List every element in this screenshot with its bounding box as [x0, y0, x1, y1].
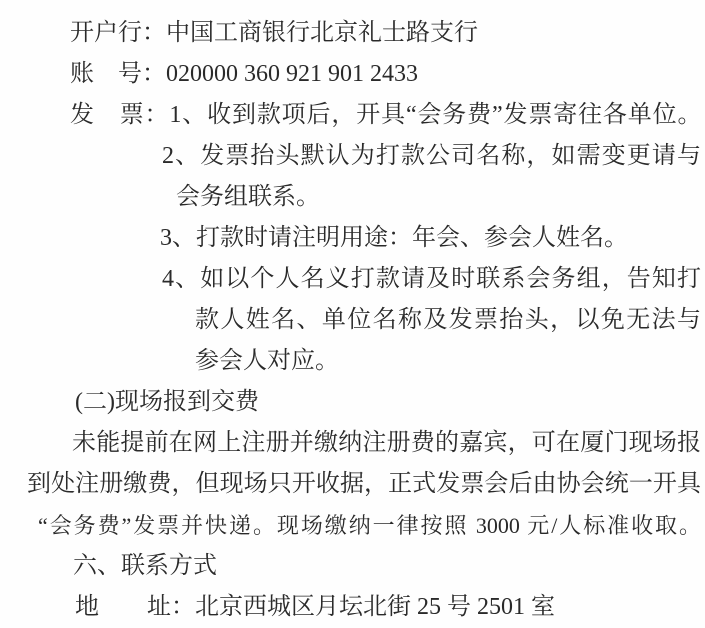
line-account-number: 账 号：020000 360 921 901 2433 [70, 54, 705, 95]
line-onsite-para-2: 到处注册缴费，但现场只开收据，正式发票会后由协会统一开具 [27, 464, 701, 505]
line-contact-section-heading: 六、联系方式 [73, 546, 705, 587]
line-bank-branch: 开户行：中国工商银行北京礼士路支行 [70, 13, 705, 54]
line-invoice-item-4-cont-2: 参会人对应。 [195, 341, 705, 382]
line-invoice-item-2: 2、发票抬头默认为打款公司名称，如需变更请与 [162, 136, 701, 177]
line-invoice-item-2-cont: 会务组联系。 [176, 177, 705, 218]
scanned-document-page: 开户行：中国工商银行北京礼士路支行 账 号：020000 360 921 901… [0, 0, 705, 628]
line-invoice-item-4-cont-1: 款人姓名、单位名称及发票抬头，以免无法与 [195, 300, 701, 341]
line-onsite-para-3: “会务费”发票并快递。现场缴纳一律按照 3000 元/人标准收取。 [38, 505, 701, 546]
line-section-onsite-heading: (二)现场报到交费 [75, 382, 705, 423]
line-invoice-item-1: 发 票：1、收到款项后，开具“会务费”发票寄往各单位。 [70, 95, 701, 136]
line-contact-address: 地 址：北京西城区月坛北街 25 号 2501 室 [75, 587, 705, 628]
line-onsite-para-1: 未能提前在网上注册并缴纳注册费的嘉宾，可在厦门现场报 [72, 423, 701, 464]
line-invoice-item-3: 3、打款时请注明用途：年会、参会人姓名。 [160, 218, 705, 259]
line-invoice-item-4: 4、如以个人名义打款请及时联系会务组，告知打 [162, 259, 701, 300]
